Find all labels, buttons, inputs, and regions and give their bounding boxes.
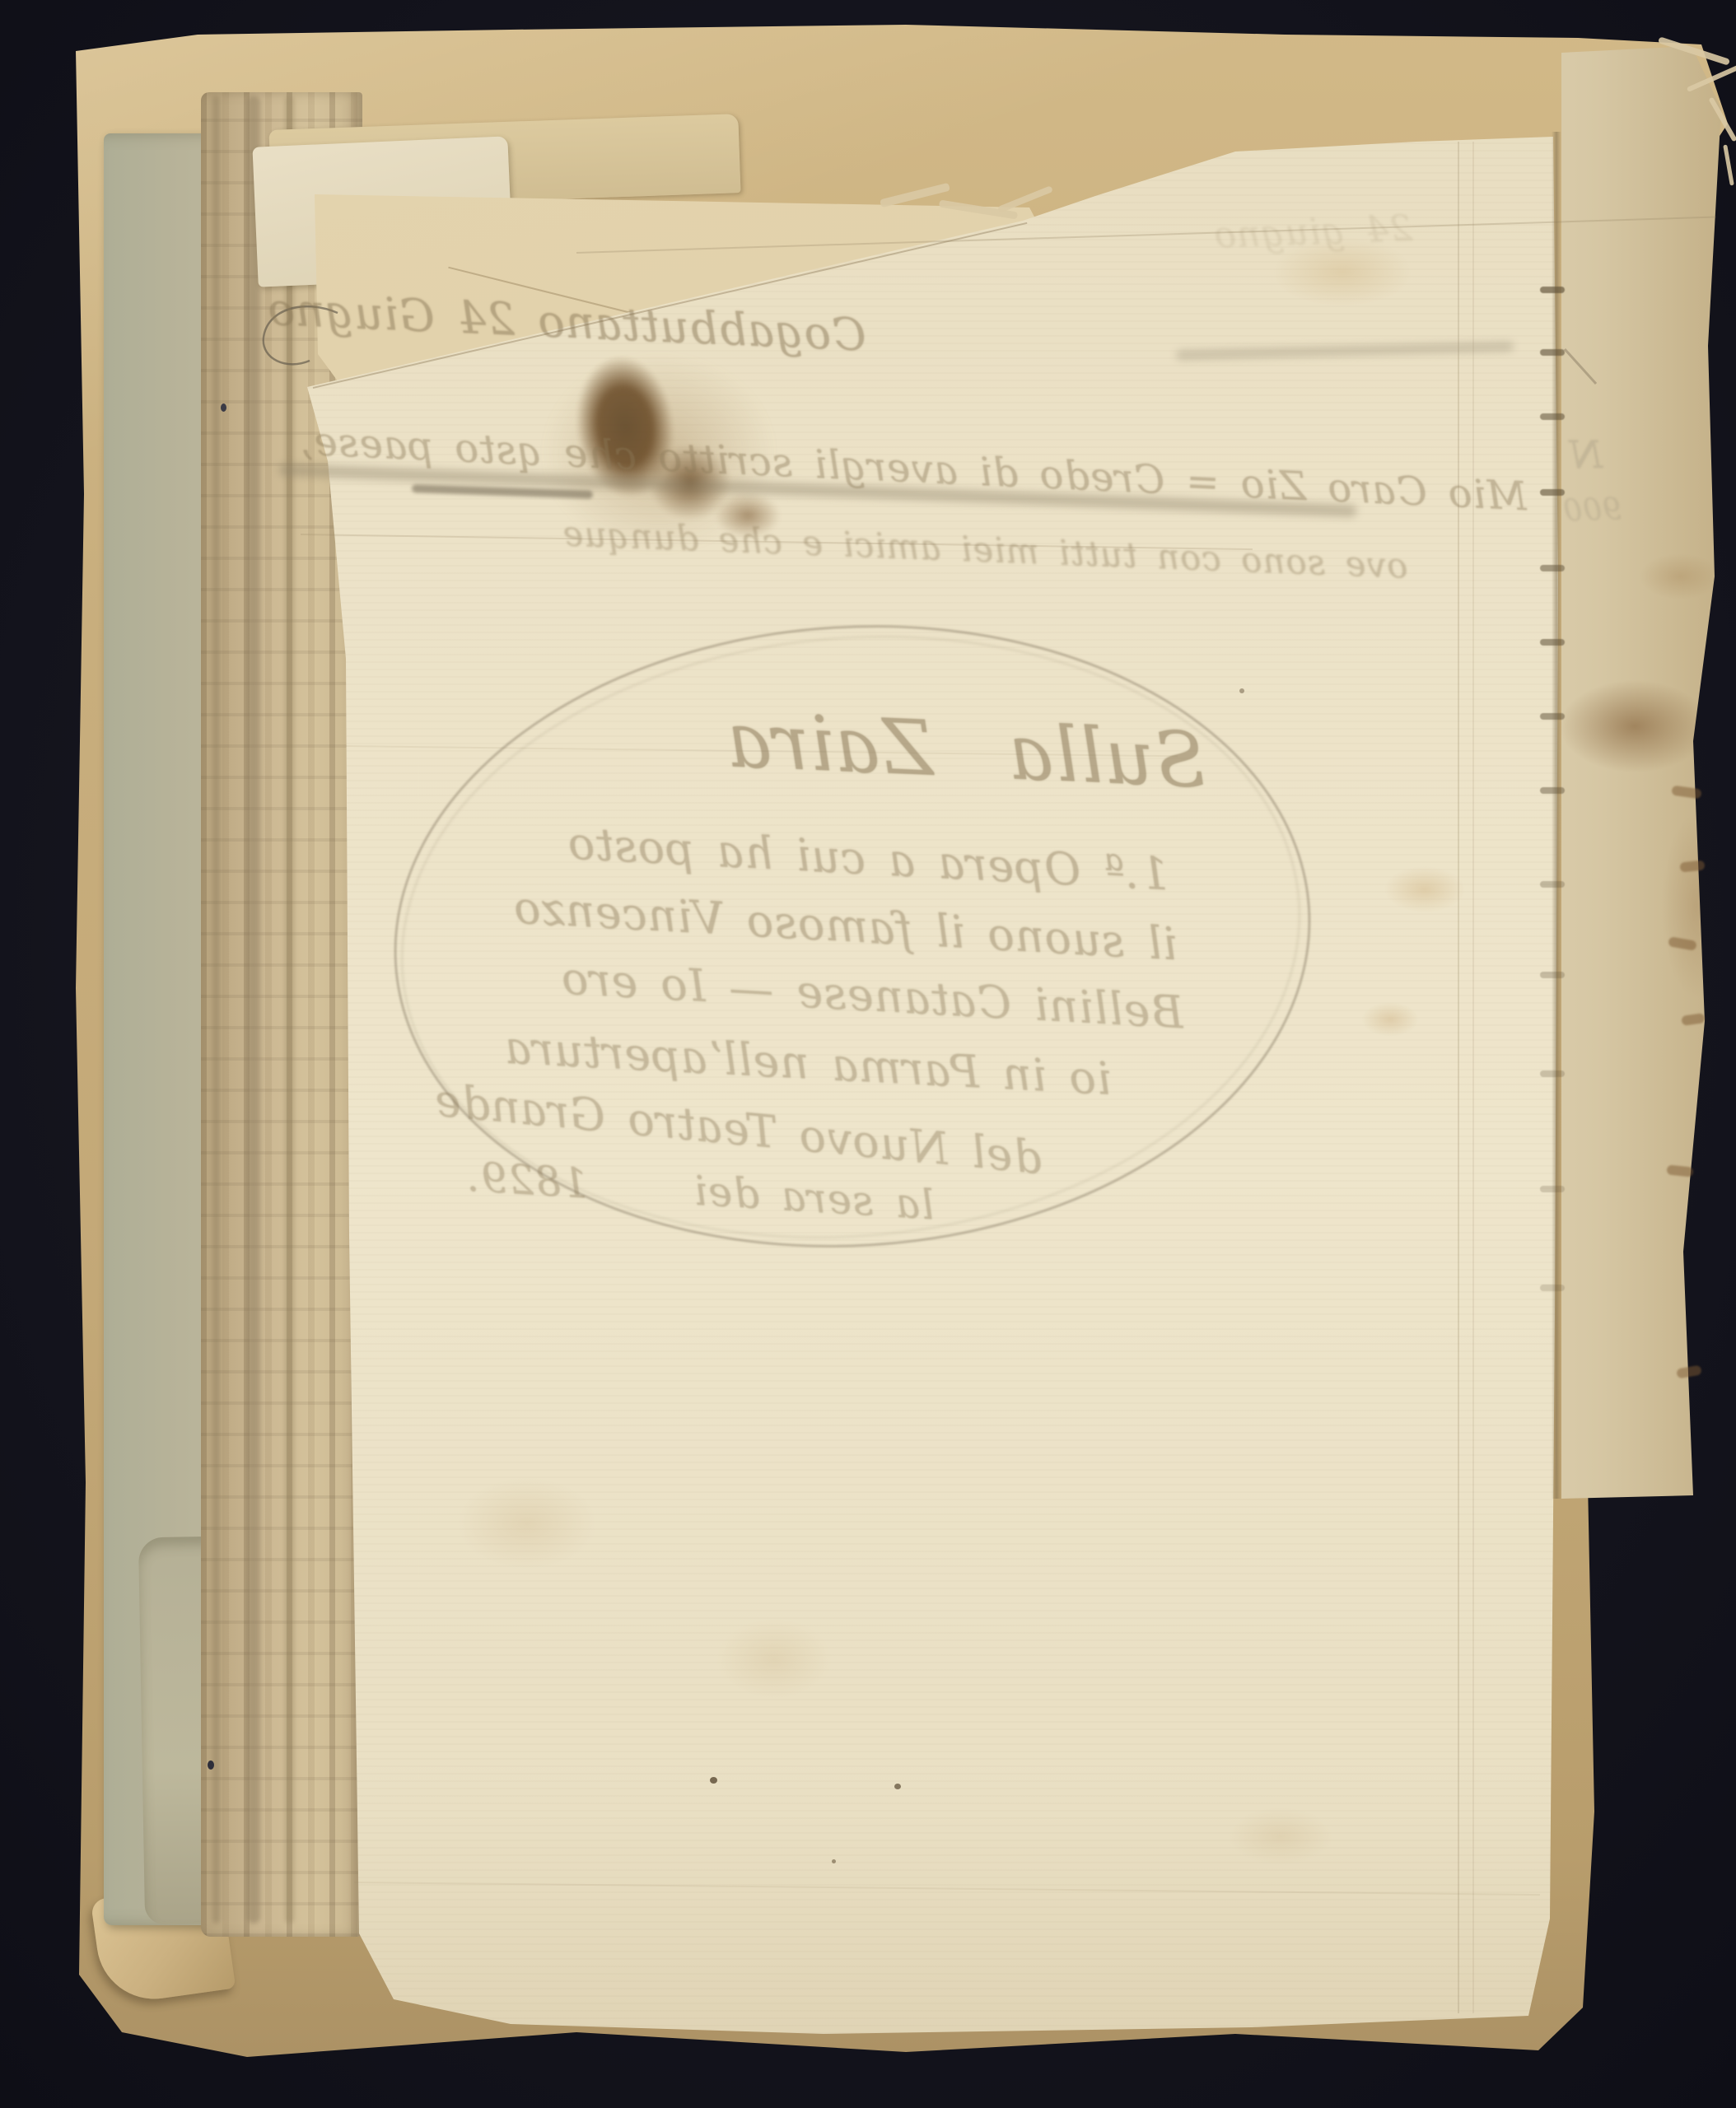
ink-speck: [710, 1777, 717, 1784]
handwriting-dateline: Cogabbuttano 24 Giugno: [207, 281, 867, 361]
handwriting-salutation: Mio Caro Zio = Credo di avergli scritto …: [243, 416, 1528, 520]
handwriting-strip-mark-900: 900: [1542, 492, 1622, 529]
ink-speck: [894, 1784, 901, 1789]
ink-speck: [832, 1859, 836, 1863]
handwriting-line-amici: ove sono con tutti miei amici e che dunq…: [427, 508, 1408, 586]
manuscript-scan: 24 giugnoCogabbuttano 24 GiugnoMio Caro …: [0, 0, 1736, 2108]
ink-speck: [1239, 688, 1244, 693]
handwriting-layer: 24 giugnoCogabbuttano 24 GiugnoMio Caro …: [0, 0, 1736, 2108]
handwriting-faint-fragment: 24 giugno: [1140, 208, 1413, 259]
ink-speck: [208, 1761, 214, 1770]
handwriting-title: Sulla Zaira: [505, 687, 1208, 805]
handwriting-strip-mark-n: N: [1553, 432, 1603, 477]
ink-speck: [221, 403, 226, 412]
